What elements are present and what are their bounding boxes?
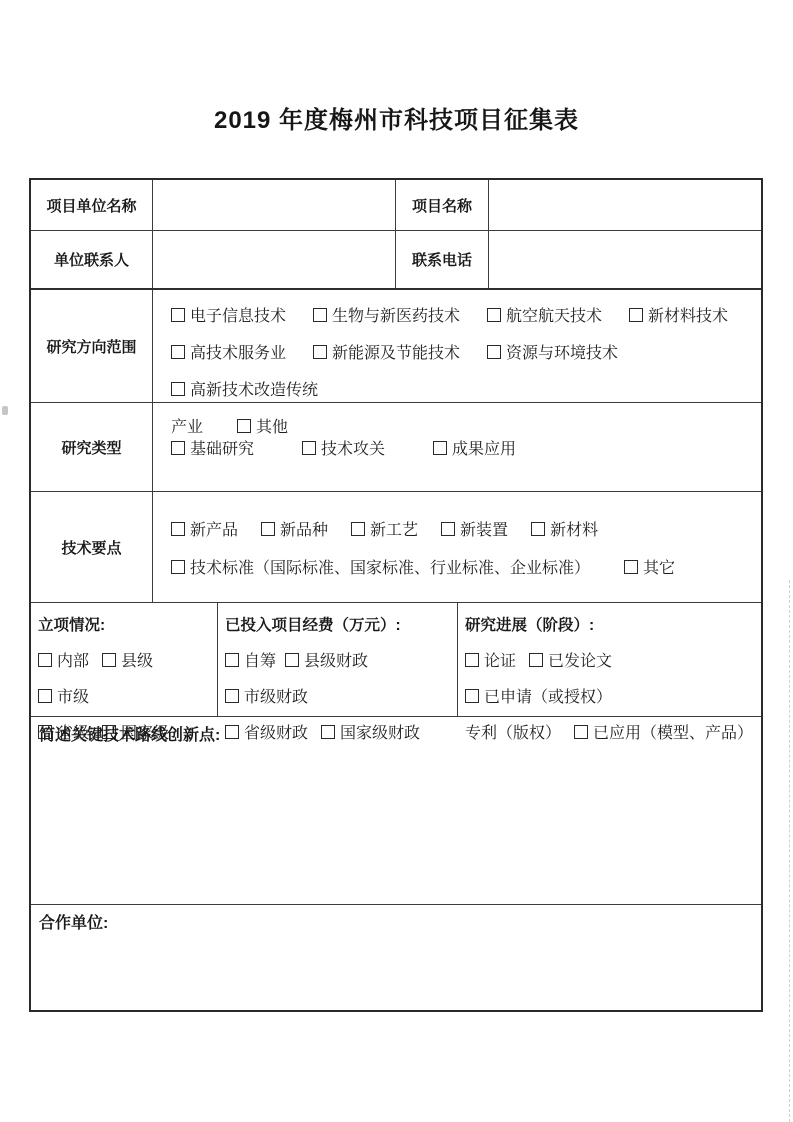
scan-edge-artifact	[789, 580, 790, 1122]
row-innovation-summary: 简述关键技术路线创新点:	[31, 716, 761, 904]
invested-funding-cell: 已投入项目经费（万元）: 自筹 县级财政 市级财政 省级财政 国家级财政	[217, 603, 457, 716]
project-name-label: 项目名称	[412, 195, 472, 216]
checkbox-icon	[313, 345, 327, 359]
scope-options-line2: 高技术服务业 新能源及节能技术 资源与环境技术 高新技术改造传统	[171, 335, 757, 409]
checkbox-icon	[171, 382, 185, 396]
progress-option-patent-applied: 已申请（或授权）	[465, 689, 612, 706]
points-options-cell: 新产品 新品种 新工艺 新装置 新材料 技术标准（国际标准、国家标准、行业标准、…	[152, 492, 761, 602]
checkbox-icon	[171, 522, 185, 536]
scope-label-cell: 研究方向范围	[31, 290, 152, 402]
checkbox-icon	[285, 653, 299, 667]
innovation-summary-cell: 简述关键技术路线创新点:	[31, 717, 761, 904]
points-option-new-process: 新工艺	[351, 522, 418, 539]
unit-name-label-cell: 项目单位名称	[31, 180, 152, 230]
rtype-options-cell: 基础研究 技术攻关 成果应用	[152, 403, 761, 491]
rtype-option-tech-breakthrough: 技术攻关	[302, 436, 385, 459]
points-option-tech-standard: 技术标准（国际标准、国家标准、行业标准、企业标准）	[171, 560, 590, 577]
project-form-table: 项目单位名称 项目名称 单位联系人 联系电话 研究方向范围	[29, 178, 763, 1012]
phone-label: 联系电话	[412, 249, 472, 270]
innovation-summary-label: 简述关键技术路线创新点:	[39, 727, 220, 744]
partner-units-label: 合作单位:	[39, 915, 108, 932]
checkbox-icon	[102, 653, 116, 667]
approval-status-line1: 内部 县级 市级	[38, 644, 213, 716]
funding-option-city-finance: 市级财政	[225, 689, 308, 706]
scanned-form-page: 2019 年度梅州市科技项目征集表 项目单位名称 项目名称 单位联系人 联系电话	[0, 0, 793, 1122]
phone-value-cell	[488, 231, 761, 288]
points-option-new-material: 新材料	[531, 522, 598, 539]
points-option-new-device: 新装置	[441, 522, 508, 539]
research-progress-line1: 论证 已发论文 已申请（或授权）	[465, 644, 757, 716]
row-research-scope: 研究方向范围 电子信息技术 生物与新医药技术 航空航天技术 新材料技术 高技术服…	[31, 288, 761, 402]
partner-units-cell: 合作单位:	[31, 905, 761, 1010]
form-title: 2019 年度梅州市科技项目征集表	[0, 100, 793, 135]
checkbox-icon	[302, 441, 316, 455]
status-option-internal: 内部	[38, 653, 89, 670]
checkbox-icon	[624, 560, 638, 574]
contact-label: 单位联系人	[54, 249, 129, 270]
row-contact-phone: 单位联系人 联系电话	[31, 230, 761, 288]
checkbox-icon	[433, 441, 447, 455]
row-status-funding-progress: 立项情况: 内部 县级 市级 省级 国家级 已投入项目经费（万元）: 自筹 县级…	[31, 602, 761, 716]
project-name-label-cell: 项目名称	[395, 180, 488, 230]
checkbox-icon	[441, 522, 455, 536]
scope-option-aerospace: 航空航天技术	[487, 308, 602, 325]
checkbox-icon	[171, 441, 185, 455]
row-partner-units: 合作单位:	[31, 904, 761, 1010]
status-option-county: 县级	[102, 653, 153, 670]
scope-option-electronic-info: 电子信息技术	[171, 308, 286, 325]
checkbox-icon	[629, 308, 643, 322]
status-option-city: 市级	[38, 689, 89, 706]
row-technical-points: 技术要点 新产品 新品种 新工艺 新装置 新材料 技术标准（国际标准、国家标准、…	[31, 491, 761, 602]
points-label-cell: 技术要点	[31, 492, 152, 602]
research-progress-header: 研究进展（阶段）:	[465, 608, 757, 644]
rtype-option-achievement-application: 成果应用	[433, 436, 516, 459]
checkbox-icon	[351, 522, 365, 536]
phone-label-cell: 联系电话	[395, 231, 488, 288]
progress-option-demonstration: 论证	[465, 653, 516, 670]
points-options-line2: 技术标准（国际标准、国家标准、行业标准、企业标准） 其它	[171, 550, 757, 588]
project-name-value-cell	[488, 180, 761, 230]
scope-option-new-materials: 新材料技术	[629, 308, 728, 325]
contact-label-cell: 单位联系人	[31, 231, 152, 288]
row-unit-project-name: 项目单位名称 项目名称	[31, 180, 761, 230]
scan-speck-artifact	[2, 406, 8, 415]
points-label: 技术要点	[61, 537, 121, 558]
invested-funding-line1: 自筹 县级财政 市级财政	[225, 644, 453, 716]
invested-funding-header: 已投入项目经费（万元）:	[225, 608, 453, 644]
scope-option-hightech-service: 高技术服务业	[171, 345, 286, 362]
points-options-line1: 新产品 新品种 新工艺 新装置 新材料	[171, 512, 757, 550]
rtype-label-cell: 研究类型	[31, 403, 152, 491]
checkbox-icon	[225, 653, 239, 667]
checkbox-icon	[465, 653, 479, 667]
scope-option-new-energy: 新能源及节能技术	[313, 345, 460, 362]
row-research-type: 研究类型 基础研究 技术攻关 成果应用	[31, 402, 761, 491]
points-option-other: 其它	[624, 560, 675, 577]
scope-label: 研究方向范围	[46, 336, 136, 357]
checkbox-icon	[487, 345, 501, 359]
checkbox-icon	[313, 308, 327, 322]
unit-name-value-cell	[152, 180, 395, 230]
approval-status-cell: 立项情况: 内部 县级 市级 省级 国家级	[31, 603, 217, 716]
checkbox-icon	[529, 653, 543, 667]
funding-option-self-raised: 自筹	[225, 653, 276, 670]
checkbox-icon	[465, 689, 479, 703]
checkbox-icon	[261, 522, 275, 536]
contact-value-cell	[152, 231, 395, 288]
scope-option-resources-environment: 资源与环境技术	[487, 345, 618, 362]
rtype-label: 研究类型	[61, 437, 121, 458]
scope-options-line1: 电子信息技术 生物与新医药技术 航空航天技术 新材料技术	[171, 298, 757, 335]
checkbox-icon	[531, 522, 545, 536]
rtype-option-basic-research: 基础研究	[171, 436, 254, 459]
points-option-new-product: 新产品	[171, 522, 238, 539]
progress-option-paper-published: 已发论文	[529, 653, 612, 670]
research-progress-cell: 研究进展（阶段）: 论证 已发论文 已申请（或授权） 专利（版权） 已应用（模型…	[457, 603, 761, 716]
scope-options-cell: 电子信息技术 生物与新医药技术 航空航天技术 新材料技术 高技术服务业 新能源及…	[152, 290, 761, 402]
scope-option-traditional-upgrade: 高新技术改造传统	[171, 382, 318, 399]
funding-option-county-finance: 县级财政	[285, 653, 368, 670]
approval-status-header: 立项情况:	[38, 608, 213, 644]
unit-name-label: 项目单位名称	[46, 195, 136, 216]
checkbox-icon	[487, 308, 501, 322]
checkbox-icon	[38, 653, 52, 667]
checkbox-icon	[225, 689, 239, 703]
checkbox-icon	[38, 689, 52, 703]
checkbox-icon	[171, 345, 185, 359]
scope-option-bio-medicine: 生物与新医药技术	[313, 308, 460, 325]
checkbox-icon	[171, 560, 185, 574]
checkbox-icon	[171, 308, 185, 322]
points-option-new-variety: 新品种	[261, 522, 328, 539]
